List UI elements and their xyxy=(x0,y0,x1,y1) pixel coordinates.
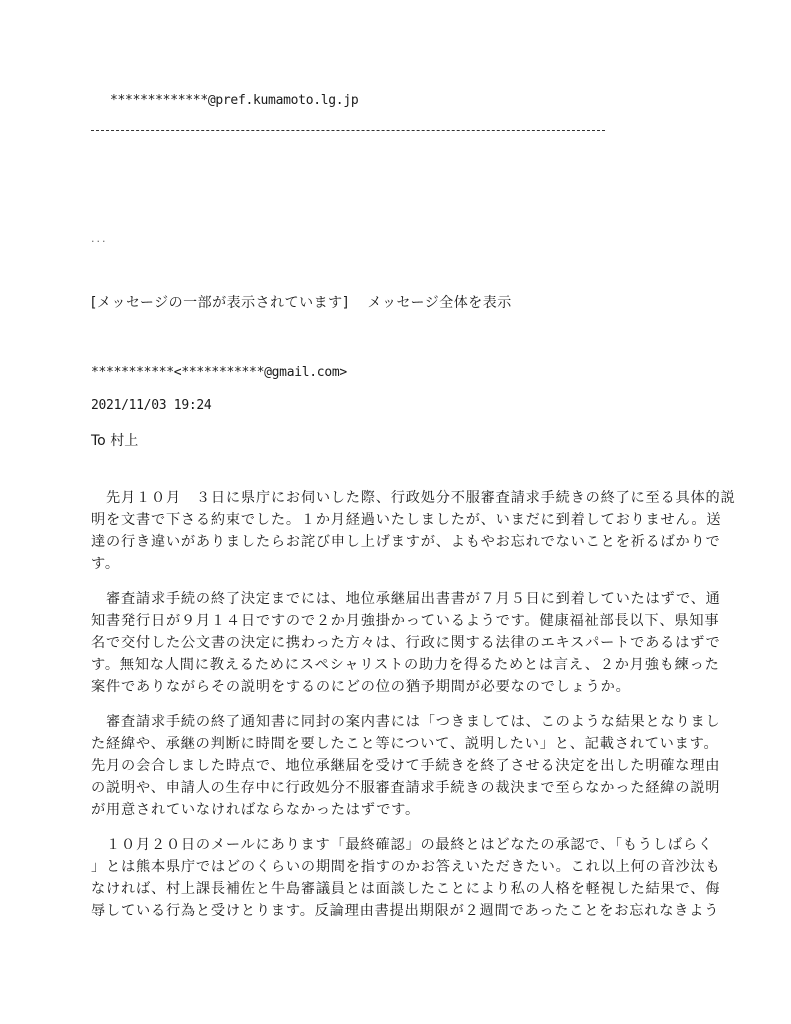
body-line: の説明や、申請人の生存中に行政処分不服審査請求手続きの裁決まで至らなかった経緯の… xyxy=(91,777,716,799)
body-paragraph-3: 審査請求手続の終了通知書に同封の案内書には「つきましては、このような結果となりま… xyxy=(91,711,716,821)
body-line: 明を文書で下さる約束でした。１か月経過いたしましたが、いまだに到着しておりません… xyxy=(91,509,716,531)
message-recipient: To 村上 xyxy=(91,430,138,450)
dashed-divider xyxy=(91,130,605,131)
body-line: 辱している行為と受けとります。反論理由書提出期限が２週間であったことをお忘れなき… xyxy=(91,900,716,922)
body-line: 先月の会合しました時点で、地位承継届を受けて手続きを終了させる決定を出した明確な… xyxy=(91,755,716,777)
body-line: １０月２０日のメールにあります「最終確認」の最終とはどなたの承認で、「もうしばら… xyxy=(91,834,716,856)
body-line: す。 xyxy=(91,553,716,575)
body-line: 知書発行日が９月１４日ですので２か月強掛かっているようです。健康福祉部長以下、県… xyxy=(91,610,716,632)
body-line: 達の行き違いがありましたらお詫び申し上げますが、よもやお忘れでないことを祈るばか… xyxy=(91,531,716,553)
collapsed-quote-ellipsis[interactable]: ... xyxy=(91,232,108,245)
body-line: が用意されていなければならなかったはずです。 xyxy=(91,799,716,821)
body-line: す。無知な人間に教えるためにスペシャリストの助力を得るためとは言え、２か月強も練… xyxy=(91,654,716,676)
body-line: た経緯や、承継の判断に時間を要したこと等について、説明したい」と、記載されていま… xyxy=(91,733,716,755)
body-paragraph-2: 審査請求手続の終了決定までには、地位承継届出書書が７月５日に到着していたはずで、… xyxy=(91,588,716,698)
body-paragraph-1: 先月１０月 ３日に県庁にお伺いした際、行政処分不服審査請求手続きの終了に至る具体… xyxy=(91,487,716,575)
message-from: ***********<***********@gmail.com> xyxy=(91,365,347,380)
trimmed-message-notice: [メッセージの一部が表示されています] メッセージ全体を表示 xyxy=(91,292,512,312)
show-full-message-link[interactable]: メッセージ全体を表示 xyxy=(368,295,512,311)
message-body: 先月１０月 ３日に県庁にお伺いした際、行政処分不服審査請求手続きの終了に至る具体… xyxy=(91,487,716,935)
body-line: 案件でありながらその説明をするのにどの位の猶予期間が必要なのでしょうか。 xyxy=(91,676,716,698)
body-line: なければ、村上課長補佐と牛島審議員とは面談したことにより私の人格を軽視した結果で… xyxy=(91,878,716,900)
body-line: 先月１０月 ３日に県庁にお伺いした際、行政処分不服審査請求手続きの終了に至る具体… xyxy=(91,487,716,509)
body-line: 審査請求手続の終了決定までには、地位承継届出書書が７月５日に到着していたはずで、… xyxy=(91,588,716,610)
quoted-sender-email: *************@pref.kumamoto.lg.jp xyxy=(110,93,358,108)
message-datetime: 2021/11/03 19:24 xyxy=(91,398,211,413)
body-line: 名で交付した公文書の決定に携わった方々は、行政に関する法律のエキスパートであるは… xyxy=(91,632,716,654)
body-paragraph-4: １０月２０日のメールにあります「最終確認」の最終とはどなたの承認で、「もうしばら… xyxy=(91,834,716,922)
email-printout-page: *************@pref.kumamoto.lg.jp ... [メ… xyxy=(0,0,791,1024)
body-line: 審査請求手続の終了通知書に同封の案内書には「つきましては、このような結果となりま… xyxy=(91,711,716,733)
body-line: 」とは熊本県庁ではどのくらいの期間を指すのかお答えいただきたい。これ以上何の音沙… xyxy=(91,856,716,878)
trimmed-notice-label: [メッセージの一部が表示されています] xyxy=(91,295,349,311)
